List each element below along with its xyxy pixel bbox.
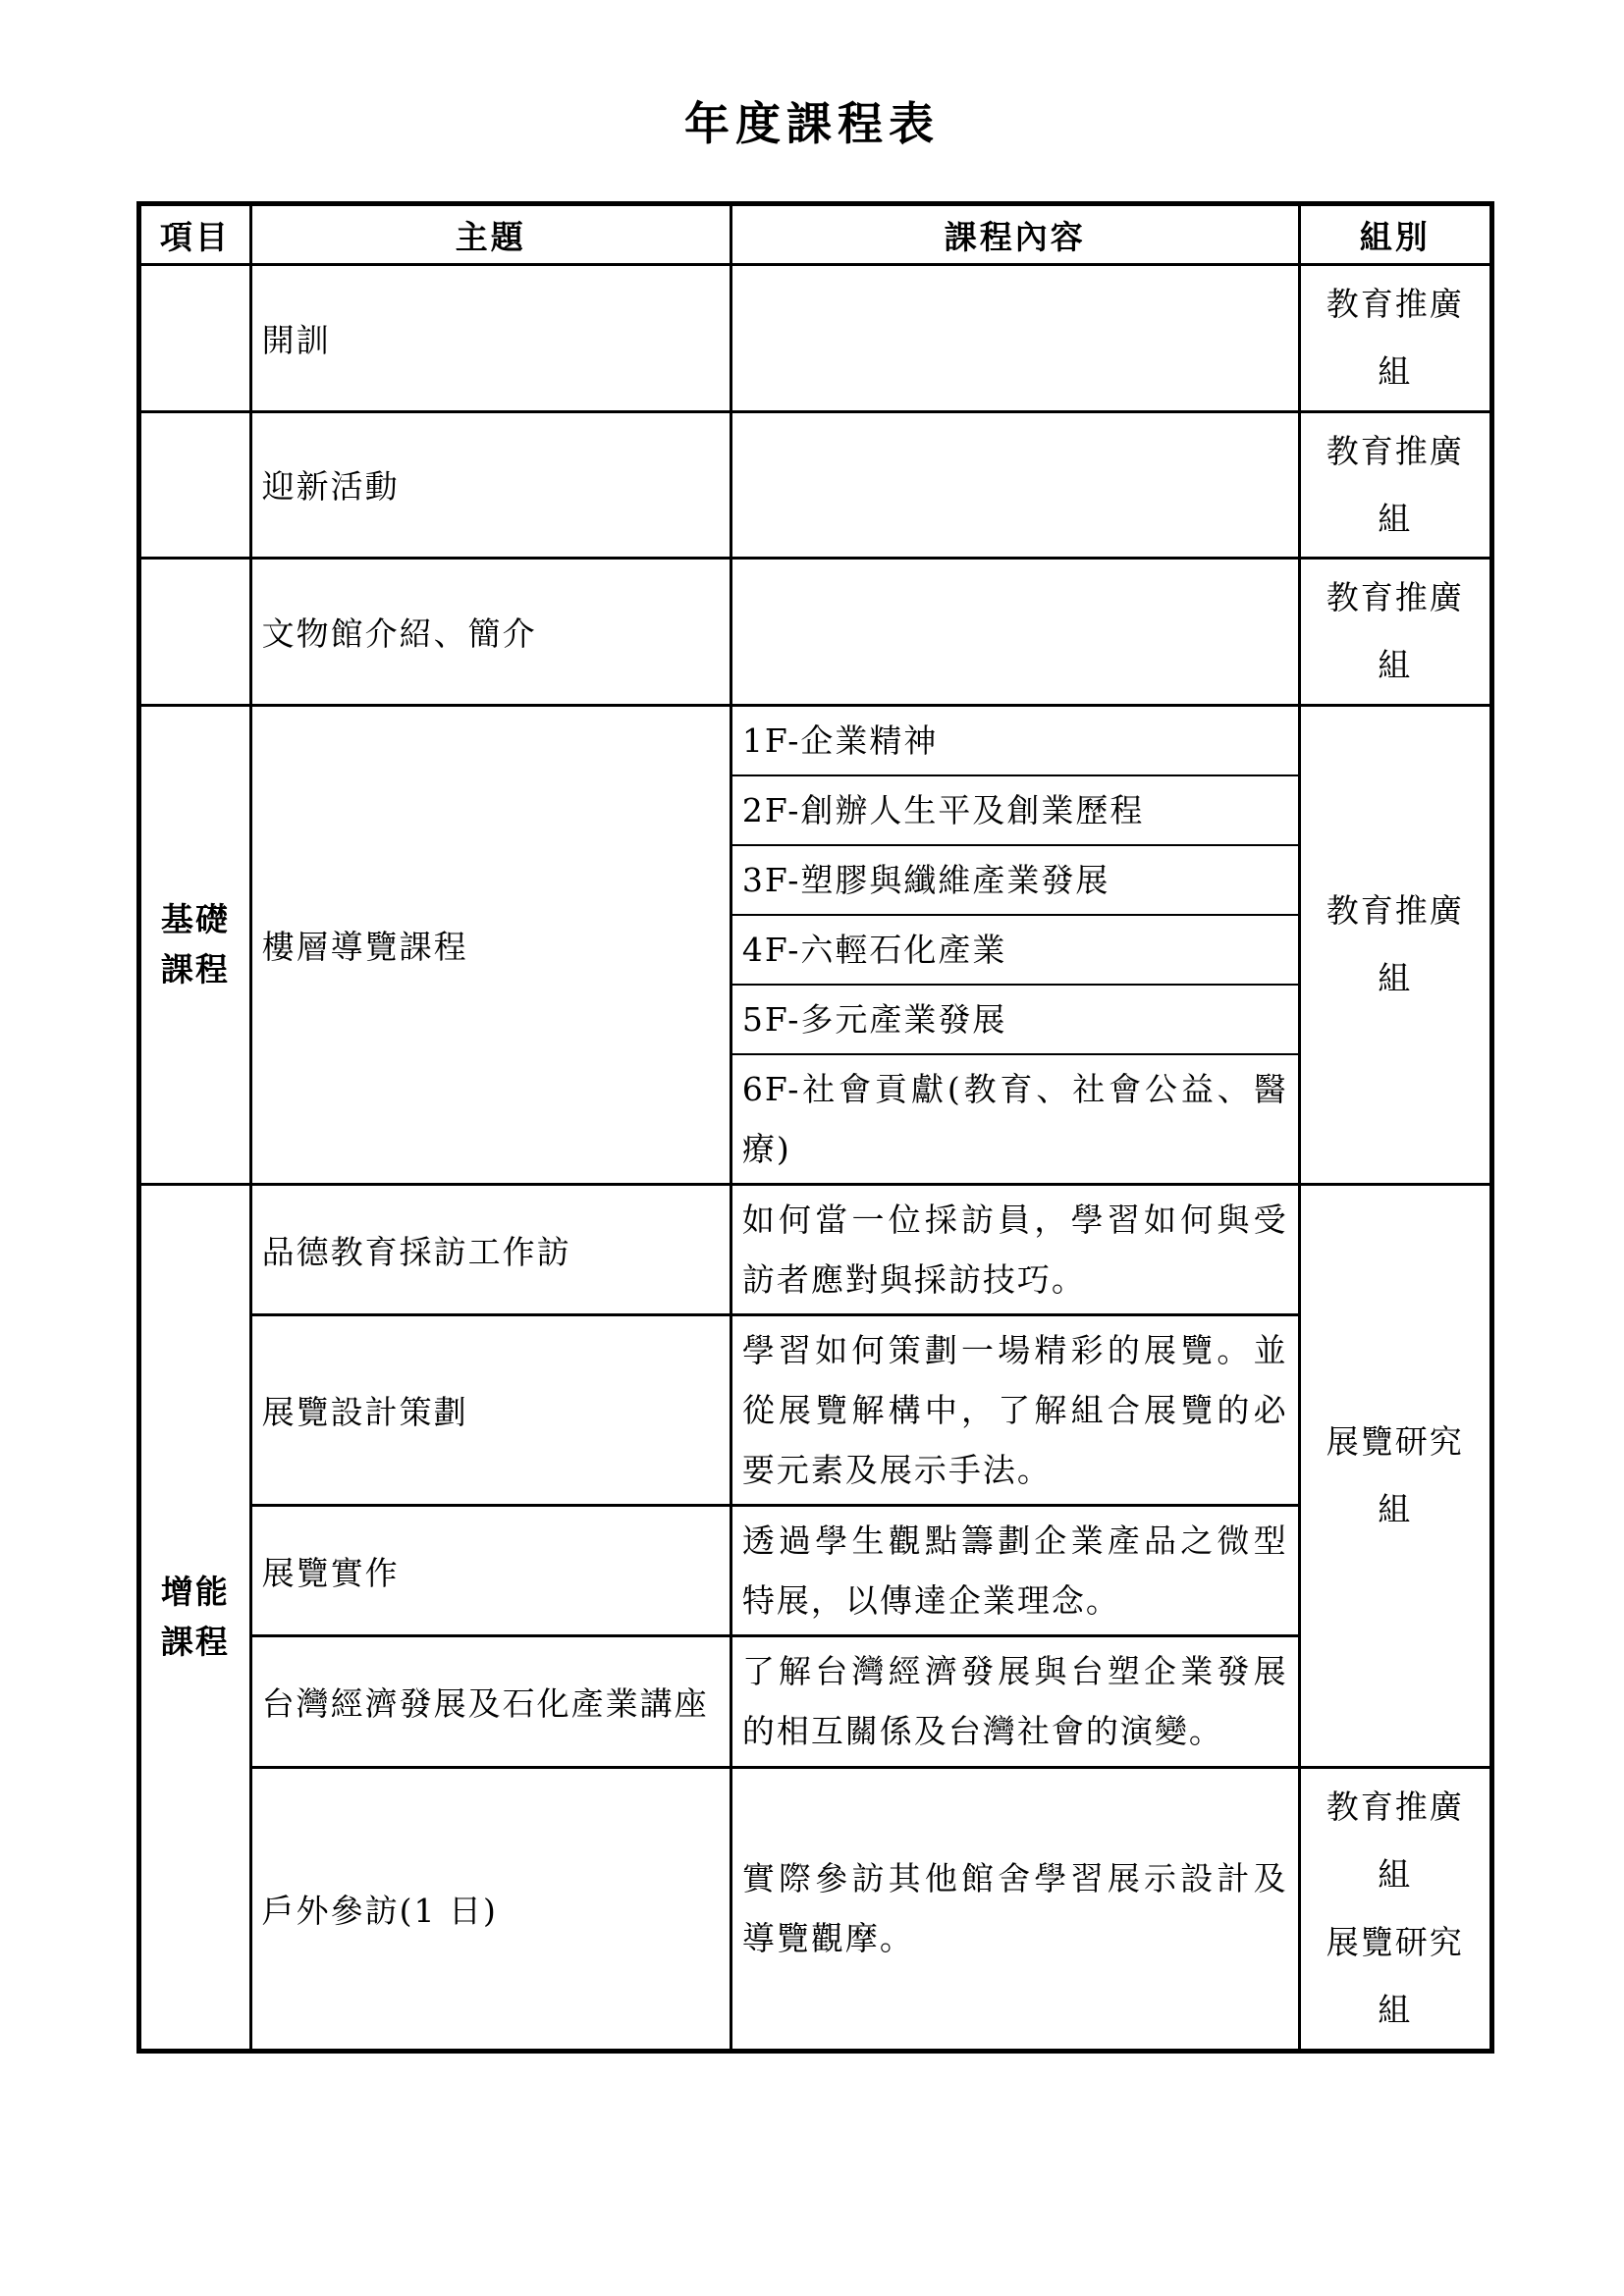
topic-cell: 台灣經濟發展及石化產業講座: [250, 1636, 731, 1767]
content-cell: 實際參訪其他館舍學習展示設計及導覽觀摩。: [731, 1767, 1299, 2051]
content-cell: 6F-社會貢獻(教育、社會公益、醫療): [731, 1054, 1299, 1185]
group-cell: 教育推廣組: [1299, 559, 1491, 706]
content-cell: [731, 265, 1299, 412]
category-cell-enhance: 增能 課程: [139, 1185, 251, 2052]
group-cell: 教育推廣組: [1299, 265, 1491, 412]
content-cell: [731, 559, 1299, 706]
header-content: 課程內容: [731, 204, 1299, 265]
topic-cell: 迎新活動: [250, 411, 731, 559]
topic-cell: 開訓: [250, 265, 731, 412]
content-cell: [731, 411, 1299, 559]
topic-cell: 展覽實作: [250, 1506, 731, 1636]
topic-cell: 品德教育採訪工作訪: [250, 1185, 731, 1315]
group-cell: 教育推廣組 展覽研究組: [1299, 1767, 1491, 2051]
table-row-outdoor-visit: 戶外參訪(1 日) 實際參訪其他館舍學習展示設計及導覽觀摩。 教育推廣組 展覽研…: [139, 1767, 1492, 2051]
table-row-economy-lecture: 台灣經濟發展及石化產業講座 了解台灣經濟發展與台塑企業發展的相互關係及台灣社會的…: [139, 1636, 1492, 1767]
content-cell: 透過學生觀點籌劃企業產品之微型特展，以傳達企業理念。: [731, 1506, 1299, 1636]
content-cell: 2F-創辦人生平及創業歷程: [731, 775, 1299, 845]
content-cell: 1F-企業精神: [731, 705, 1299, 775]
header-item: 項目: [139, 204, 251, 265]
header-group: 組別: [1299, 204, 1491, 265]
content-cell: 5F-多元產業發展: [731, 985, 1299, 1054]
document-page: 年度課程表 項目 主題 課程內容 組別 開訓 教育推廣組 迎新活動 教育推廣組: [0, 0, 1624, 2296]
item-cell: [139, 265, 251, 412]
topic-cell: 戶外參訪(1 日): [250, 1767, 731, 2051]
table-row-orientation: 迎新活動 教育推廣組: [139, 411, 1492, 559]
table-row-exhibit-practice: 展覽實作 透過學生觀點籌劃企業產品之微型特展，以傳達企業理念。: [139, 1506, 1492, 1636]
table-row-interview-course: 增能 課程 品德教育採訪工作訪 如何當一位採訪員，學習如何與受訪者應對與採訪技巧…: [139, 1185, 1492, 1315]
table-row-museum-intro: 文物館介紹、簡介 教育推廣組: [139, 559, 1492, 706]
item-cell: [139, 411, 251, 559]
page-title: 年度課程表: [0, 0, 1624, 149]
topic-cell: 文物館介紹、簡介: [250, 559, 731, 706]
table-row-exhibit-design: 展覽設計策劃 學習如何策劃一場精彩的展覽。並從展覽解構中，了解組合展覽的必要元素…: [139, 1315, 1492, 1506]
content-cell: 4F-六輕石化產業: [731, 915, 1299, 985]
content-cell: 了解台灣經濟發展與台塑企業發展的相互關係及台灣社會的演變。: [731, 1636, 1299, 1767]
topic-cell: 展覽設計策劃: [250, 1315, 731, 1506]
content-cell: 學習如何策劃一場精彩的展覽。並從展覽解構中，了解組合展覽的必要元素及展示手法。: [731, 1315, 1299, 1506]
table-row-floor-1f: 基礎 課程 樓層導覽課程 1F-企業精神 教育推廣組: [139, 705, 1492, 775]
content-cell: 如何當一位採訪員，學習如何與受訪者應對與採訪技巧。: [731, 1185, 1299, 1315]
group-cell: 教育推廣組: [1299, 411, 1491, 559]
content-cell: 3F-塑膠與纖維產業發展: [731, 845, 1299, 915]
header-topic: 主題: [250, 204, 731, 265]
table-header-row: 項目 主題 課程內容 組別: [139, 204, 1492, 265]
group-cell-exhibit-research: 展覽研究組: [1299, 1185, 1491, 1767]
category-cell-basic: 基礎 課程: [139, 705, 251, 1184]
topic-cell-floor-tour: 樓層導覽課程: [250, 705, 731, 1184]
annual-course-table: 項目 主題 課程內容 組別 開訓 教育推廣組 迎新活動 教育推廣組 文物館介紹、…: [136, 201, 1494, 2054]
item-cell: [139, 559, 251, 706]
group-cell-basic: 教育推廣組: [1299, 705, 1491, 1184]
table-row-opening: 開訓 教育推廣組: [139, 265, 1492, 412]
